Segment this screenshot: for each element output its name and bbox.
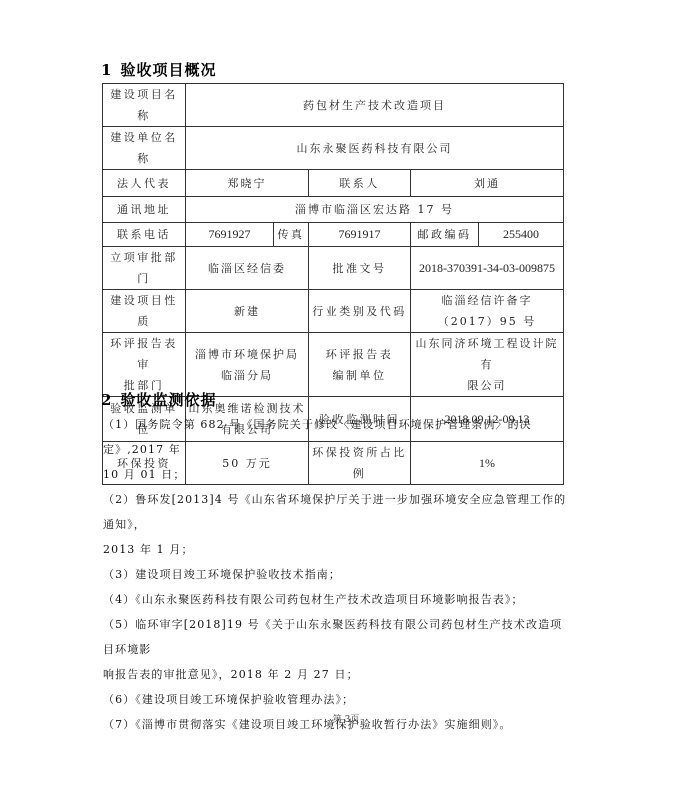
- cell-phone: 7691927: [186, 223, 274, 247]
- cell-value: 淄博市临淄区宏达路 17 号: [186, 197, 564, 223]
- cell-label: 批准文号: [309, 247, 411, 290]
- cell-label: 联系人: [309, 170, 411, 197]
- table-row: 通讯地址 淄博市临淄区宏达路 17 号: [103, 197, 564, 223]
- section-2-heading: 2验收监测依据: [101, 389, 216, 410]
- cell-zip: 255400: [479, 223, 564, 247]
- cell-value: 刘通: [411, 170, 564, 197]
- cell-label: 建设单位名称: [103, 127, 186, 170]
- section-1-title: 验收项目概况: [120, 61, 216, 79]
- cell-fax: 7691917: [309, 223, 411, 247]
- cell-value: 郑晓宁: [186, 170, 309, 197]
- cell-label: 立项审批部门: [103, 247, 186, 290]
- cell-label: 法人代表: [103, 170, 186, 197]
- page-number: 第 3页: [0, 712, 692, 725]
- cell-value: 淄博市环境保护局 临淄分局: [186, 333, 309, 397]
- table-row: 立项审批部门 临淄区经信委 批准文号 2018-370391-34-03-009…: [103, 247, 564, 290]
- basis-list: （1）国务院令第 682 号《国务院关于修改〈建设项目环境保护管理条例〉的决定》…: [103, 412, 573, 737]
- cell-label: 建设项目性质: [103, 290, 186, 333]
- cell-line: 环评报告表审: [105, 333, 183, 375]
- table-row: 建设项目名称 药包材生产技术改造项目: [103, 84, 564, 127]
- list-item: （6）《建设项目竣工环境保护验收管理办法》；: [103, 687, 573, 712]
- list-item-line: （4）《山东永聚医药科技有限公司药包材生产技术改造项目环境影响报告表》；: [103, 587, 573, 612]
- cell-line: 临淄分局: [188, 365, 306, 386]
- cell-label: 环评报告表 编制单位: [309, 333, 411, 397]
- list-item: （5）临环审字[2018]19 号《关于山东永聚医药科技有限公司药包材生产技术改…: [103, 612, 573, 687]
- section-1-number: 1: [101, 61, 112, 79]
- cell-label: 行业类别及代码: [309, 290, 411, 333]
- table-row: 建设单位名称 山东永聚医药科技有限公司: [103, 127, 564, 170]
- cell-line: 环评报告表: [311, 344, 408, 365]
- cell-label: 建设项目名称: [103, 84, 186, 127]
- cell-value: 山东同济环境工程设计院有 限公司: [411, 333, 564, 397]
- list-item-line: 响报告表的审批意见》，2018 年 2 月 27 日；: [103, 662, 573, 687]
- cell-label: 邮政编码: [411, 223, 479, 247]
- list-item-line: 2013 年 1 月；: [103, 537, 573, 562]
- cell-line: 临淄经信许备字: [413, 290, 561, 311]
- cell-value: 临淄经信许备字 （2017）95 号: [411, 290, 564, 333]
- section-2-number: 2: [101, 391, 112, 409]
- cell-label: 传真: [274, 223, 309, 247]
- list-item: （4）《山东永聚医药科技有限公司药包材生产技术改造项目环境影响报告表》；: [103, 587, 573, 612]
- list-item-line: 10 月 01 日；: [103, 462, 573, 487]
- table-row: 环评报告表审 批部门 淄博市环境保护局 临淄分局 环评报告表 编制单位 山东同济…: [103, 333, 564, 397]
- cell-label: 通讯地址: [103, 197, 186, 223]
- cell-line: 淄博市环境保护局: [188, 344, 306, 365]
- list-item: （2）鲁环发[2013]4 号《山东省环境保护厅关于进一步加强环境安全应急管理工…: [103, 487, 573, 562]
- document-page: 1验收项目概况 建设项目名称 药包材生产技术改造项目 建设单位名称 山东永聚医药…: [0, 0, 692, 802]
- cell-line: （2017）95 号: [413, 311, 561, 332]
- list-item: （1）国务院令第 682 号《国务院关于修改〈建设项目环境保护管理条例〉的决定》…: [103, 412, 573, 487]
- cell-label: 环评报告表审 批部门: [103, 333, 186, 397]
- cell-label: 联系电话: [103, 223, 186, 247]
- list-item-line: （5）临环审字[2018]19 号《关于山东永聚医药科技有限公司药包材生产技术改…: [103, 612, 573, 662]
- table-row: 法人代表 郑晓宁 联系人 刘通: [103, 170, 564, 197]
- cell-value: 新建: [186, 290, 309, 333]
- table-row: 建设项目性质 新建 行业类别及代码 临淄经信许备字 （2017）95 号: [103, 290, 564, 333]
- section-1-heading: 1验收项目概况: [101, 59, 216, 80]
- section-2-title: 验收监测依据: [120, 391, 216, 409]
- list-item-line: （3）建设项目竣工环境保护验收技术指南；: [103, 562, 573, 587]
- list-item-line: （6）《建设项目竣工环境保护验收管理办法》；: [103, 687, 573, 712]
- list-item-line: （1）国务院令第 682 号《国务院关于修改〈建设项目环境保护管理条例〉的决定》…: [103, 412, 573, 462]
- cell-line: 限公司: [413, 375, 561, 396]
- cell-line: 编制单位: [311, 365, 408, 386]
- cell-value: 山东永聚医药科技有限公司: [186, 127, 564, 170]
- cell-value: 药包材生产技术改造项目: [186, 84, 564, 127]
- cell-value: 临淄区经信委: [186, 247, 309, 290]
- cell-line: 山东同济环境工程设计院有: [413, 333, 561, 375]
- table-row: 联系电话 7691927 传真 7691917 邮政编码 255400: [103, 223, 564, 247]
- list-item: （3）建设项目竣工环境保护验收技术指南；: [103, 562, 573, 587]
- list-item-line: （2）鲁环发[2013]4 号《山东省环境保护厅关于进一步加强环境安全应急管理工…: [103, 487, 573, 537]
- cell-approval-number: 2018-370391-34-03-009875: [411, 247, 564, 290]
